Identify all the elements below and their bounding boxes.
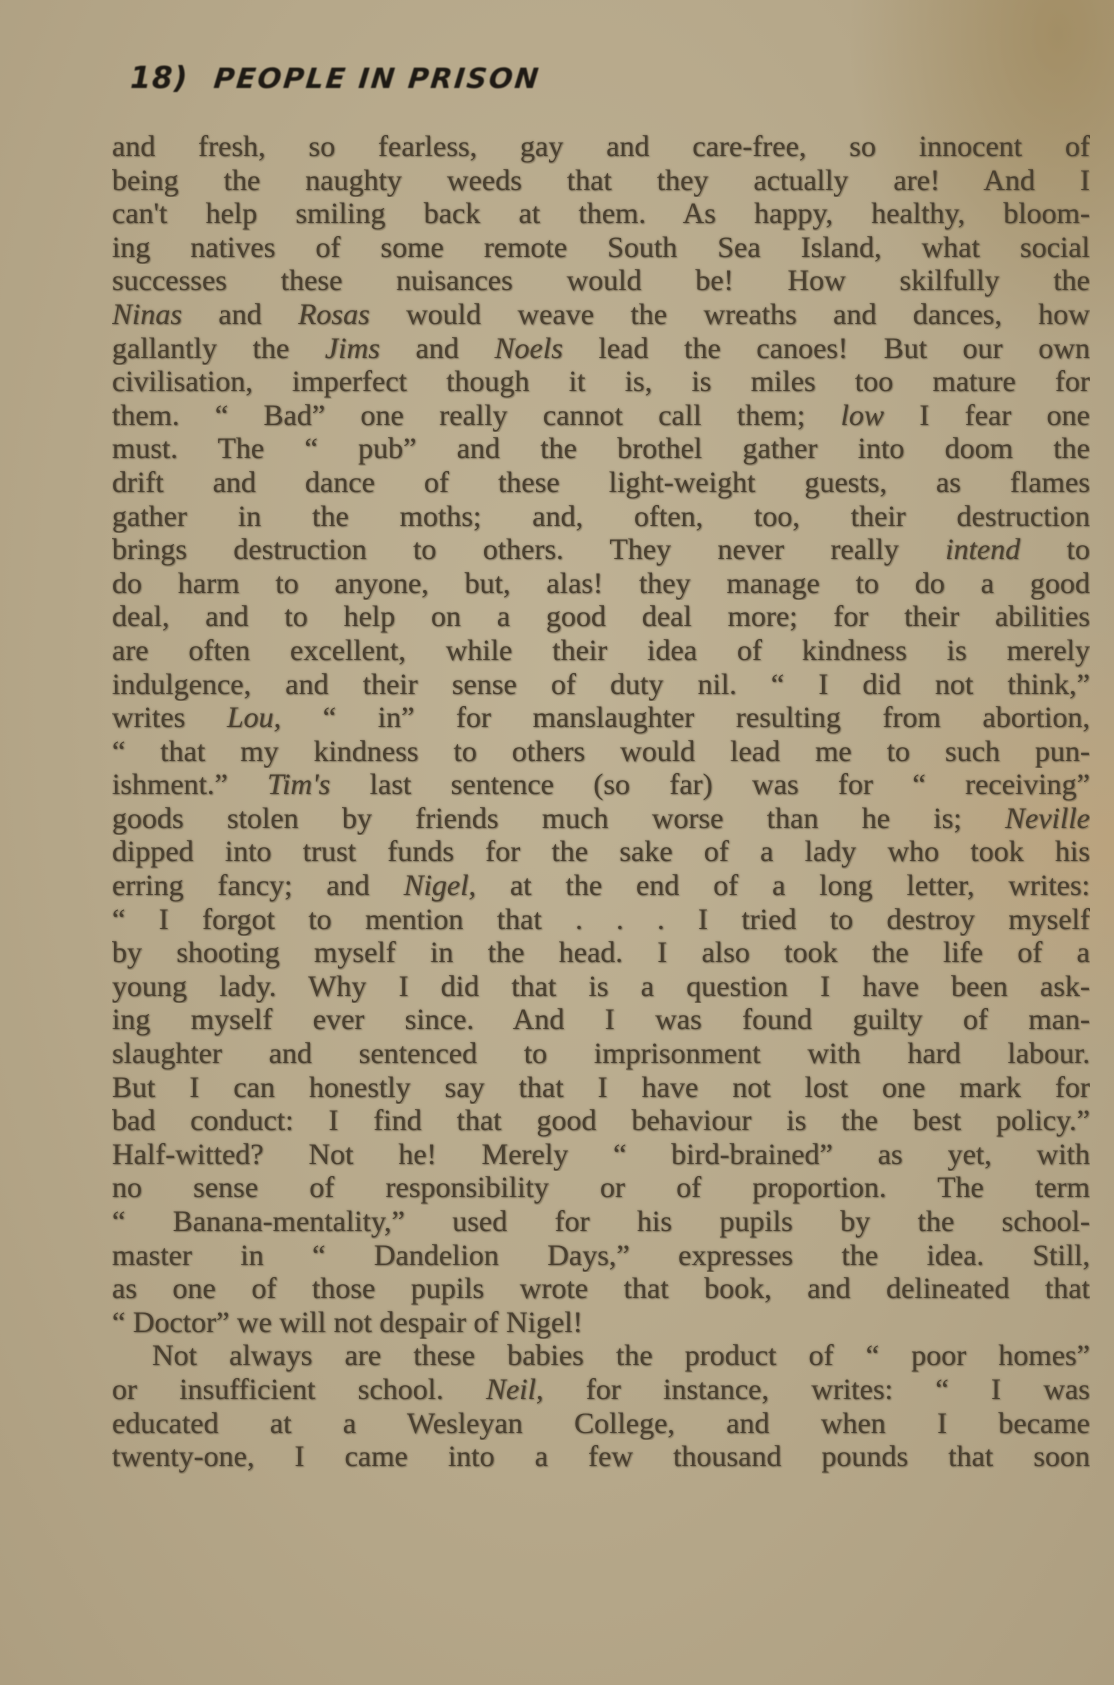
book-title: PEOPLE IN PRISON [213, 62, 543, 95]
text-line: drift and dance of these light-weight gu… [112, 466, 1090, 500]
text-line: “ that my kindness to others would lead … [112, 735, 1090, 769]
text-line: indulgence, and their sense of duty nil.… [112, 668, 1090, 702]
text-line: brings destruction to others. They never… [112, 533, 1090, 567]
text-line: or insufficient school. Neil, for instan… [112, 1373, 1090, 1407]
text-line: do harm to anyone, but, alas! they manag… [112, 567, 1090, 601]
text-line: Ninas and Rosas would weave the wreaths … [112, 298, 1090, 332]
text-line: “ Banana-mentality,” used for his pupils… [112, 1205, 1090, 1239]
text-line: no sense of responsibility or of proport… [112, 1171, 1090, 1205]
text-line: deal, and to help on a good deal more; f… [112, 600, 1090, 634]
text-line: successes these nuisances would be! How … [112, 264, 1090, 298]
italic-name: Ninas [112, 298, 182, 331]
text-line: master in “ Dandelion Days,” expresses t… [112, 1239, 1090, 1273]
italic-name: Tim's [267, 768, 330, 801]
body-text: and fresh, so fearless, gay and care-fre… [112, 130, 1090, 1474]
text-line: educated at a Wesleyan College, and when… [112, 1407, 1090, 1441]
text-line: young lady. Why I did that is a question… [112, 970, 1090, 1004]
text-line: gallantly the Jims and Noels lead the ca… [112, 332, 1090, 366]
text-line: being the naughty weeds that they actual… [112, 164, 1090, 198]
italic-name: Neil, [486, 1373, 544, 1406]
text-line: ing natives of some remote South Sea Isl… [112, 231, 1090, 265]
italic-name: low [841, 399, 884, 432]
text-line-paragraph-end: “ Doctor” we will not despair of Nigel! [112, 1306, 1090, 1340]
text-line: dipped into trust funds for the sake of … [112, 835, 1090, 869]
text-line: bad conduct: I find that good behaviour … [112, 1104, 1090, 1138]
text-line: must. The “ pub” and the brothel gather … [112, 432, 1090, 466]
italic-name: Neville [1005, 802, 1090, 835]
text-line: can't help smiling back at them. As happ… [112, 197, 1090, 231]
text-line: writes Lou, “ in” for manslaughter resul… [112, 701, 1090, 735]
italic-name: intend [945, 533, 1020, 566]
text-line: civilisation, imperfect though it is, is… [112, 365, 1090, 399]
text-line: and fresh, so fearless, gay and care-fre… [112, 130, 1090, 164]
running-head: 18) PEOPLE IN PRISON [130, 56, 541, 100]
italic-name: Rosas [298, 298, 370, 331]
text-line: erring fancy; and Nigel, at the end of a… [112, 869, 1090, 903]
text-line: goods stolen by friends much worse than … [112, 802, 1090, 836]
text-line: “ I forgot to mention that . . . I tried… [112, 903, 1090, 937]
text-line: But I can honestly say that I have not l… [112, 1071, 1090, 1105]
text-line: by shooting myself in the head. I also t… [112, 936, 1090, 970]
text-line: are often excellent, while their idea of… [112, 634, 1090, 668]
text-line: them. “ Bad” one really cannot call them… [112, 399, 1090, 433]
text-line: gather in the moths; and, often, too, th… [112, 500, 1090, 534]
italic-name: Nigel, [404, 869, 477, 902]
text-line: ing myself ever since. And I was found g… [112, 1003, 1090, 1037]
book-page: 18) PEOPLE IN PRISON and fresh, so fearl… [0, 0, 1114, 1685]
text-line: Half-witted? Not he! Merely “ bird-brain… [112, 1138, 1090, 1172]
text-line: ishment.” Tim's last sentence (so far) w… [112, 768, 1090, 802]
italic-name: Lou, [227, 701, 281, 734]
text-line-paragraph-start: Not always are these babies the product … [112, 1339, 1090, 1373]
italic-name: Noels [495, 332, 563, 365]
text-line: as one of those pupils wrote that book, … [112, 1272, 1090, 1306]
page-number: 18) [130, 61, 188, 96]
text-line: slaughter and sentenced to imprisonment … [112, 1037, 1090, 1071]
text-line: twenty-one, I came into a few thousand p… [112, 1440, 1090, 1474]
italic-name: Jims [325, 332, 380, 365]
